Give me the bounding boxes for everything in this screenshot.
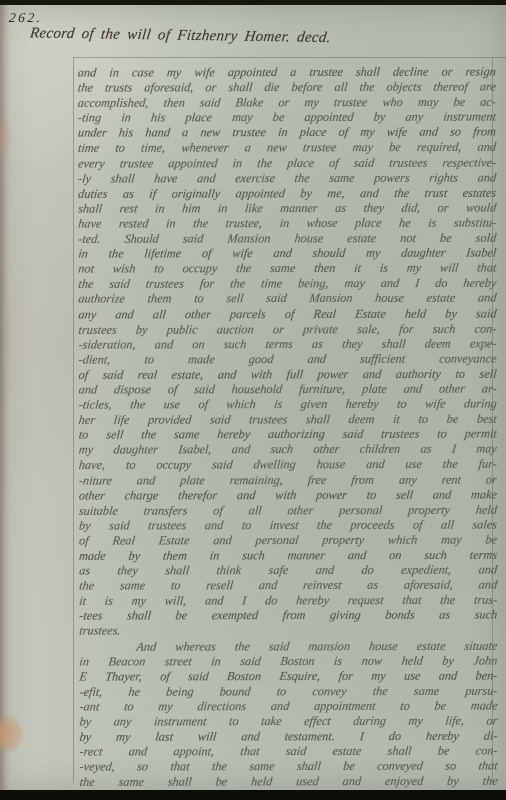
manuscript-line: made by them in such manner and on such … xyxy=(78,548,498,564)
manuscript-line: have rested in the trustee, in whose pla… xyxy=(77,215,497,231)
manuscript-line: -ticles, the use of which is given hereb… xyxy=(78,397,498,413)
manuscript-line: by said trustees and to invest the proce… xyxy=(78,517,498,533)
manuscript-line: -ted. Should said Mansion house estate n… xyxy=(77,231,497,247)
manuscript-line: suitable transfers of all other personal… xyxy=(78,502,498,518)
manuscript-line: the trusts aforesaid, or shall die befor… xyxy=(77,80,497,96)
page-number: 262. xyxy=(8,10,43,26)
margin-rule-left xyxy=(73,57,74,783)
manuscript-line: -niture and plate remaining, free from a… xyxy=(78,472,498,488)
manuscript-line: the same shall be held used and enjoyed … xyxy=(79,774,499,790)
manuscript-line: my daughter Isabel, and such other child… xyxy=(78,442,498,458)
manuscript-line: in Beacon street in said Boston is now h… xyxy=(79,653,499,669)
manuscript-line: shall rest in him in like manner as they… xyxy=(77,200,497,216)
paper-stain xyxy=(0,716,22,752)
manuscript-line: -efit, he being bound to convey the same… xyxy=(79,684,499,700)
manuscript-line: other charge therefor and with power to … xyxy=(78,487,498,503)
manuscript-line: -sideration, and on such terms as they s… xyxy=(78,336,498,352)
manuscript-line: every trustee appointed in the place of … xyxy=(77,155,497,171)
photo-edge-top xyxy=(0,0,506,5)
manuscript-line: trustees. xyxy=(79,623,499,639)
manuscript-line: -rect and appoint, that said estate shal… xyxy=(79,744,499,760)
paper-stain xyxy=(0,114,13,162)
manuscript-line: and in case my wife appointed a trustee … xyxy=(77,64,497,80)
manuscript-line: as they shall think safe and do expedien… xyxy=(78,563,498,579)
manuscript-line: -ting in his place may be appointed by a… xyxy=(77,110,497,126)
manuscript-line: by any instrument to take effect during … xyxy=(79,713,499,729)
photo-edge-bottom xyxy=(0,790,506,800)
manuscript-line: duties as if originally appointed by me,… xyxy=(77,185,497,201)
manuscript-line: And whereas the said mansion house estat… xyxy=(79,638,499,654)
manuscript-line: time to time, whenever a new trustee may… xyxy=(77,140,497,156)
manuscript-photo: 262. Record of the will of Fitzhenry Hom… xyxy=(0,0,506,800)
manuscript-line: E Thayer, of said Boston Esquire, for my… xyxy=(79,668,499,684)
will-text-block: and in case my wife appointed a trustee … xyxy=(77,64,497,790)
margin-rule-top xyxy=(73,57,506,58)
manuscript-line: in the lifetime of wife and should my da… xyxy=(78,246,498,262)
manuscript-line: of Real Estate and personal property whi… xyxy=(78,532,498,548)
manuscript-line: authorize them to sell said Mansion hous… xyxy=(78,291,498,307)
manuscript-line: -ly shall have and exercise the same pow… xyxy=(77,170,497,186)
manuscript-line: under his hand a new trustee in place of… xyxy=(77,125,497,141)
manuscript-line: any and all other parcels of Real Estate… xyxy=(78,306,498,322)
record-heading: Record of the will of Fitzhenry Homer. d… xyxy=(29,25,371,47)
manuscript-line: to sell the same hereby authorizing said… xyxy=(78,427,498,443)
manuscript-line: -dient, to made good and sufficient conv… xyxy=(78,351,498,367)
manuscript-line: have, to occupy said dwelling house and … xyxy=(78,457,498,473)
manuscript-line: and dispose of said household furniture,… xyxy=(78,381,498,397)
manuscript-line: not wish to occupy the same then it is m… xyxy=(78,261,498,277)
manuscript-line: -tees shall be exempted from giving bond… xyxy=(79,608,499,624)
manuscript-line: -ant to my directions and appointment to… xyxy=(79,698,499,714)
manuscript-line: trustees by public auction or private sa… xyxy=(78,321,498,337)
manuscript-line: of said real estate, and with full power… xyxy=(78,367,498,383)
manuscript-line: -veyed, so that the same shall be convey… xyxy=(79,759,499,775)
manuscript-line: the same to resell and reinvest as afore… xyxy=(78,578,498,594)
paper-page: 262. Record of the will of Fitzhenry Hom… xyxy=(0,4,506,791)
